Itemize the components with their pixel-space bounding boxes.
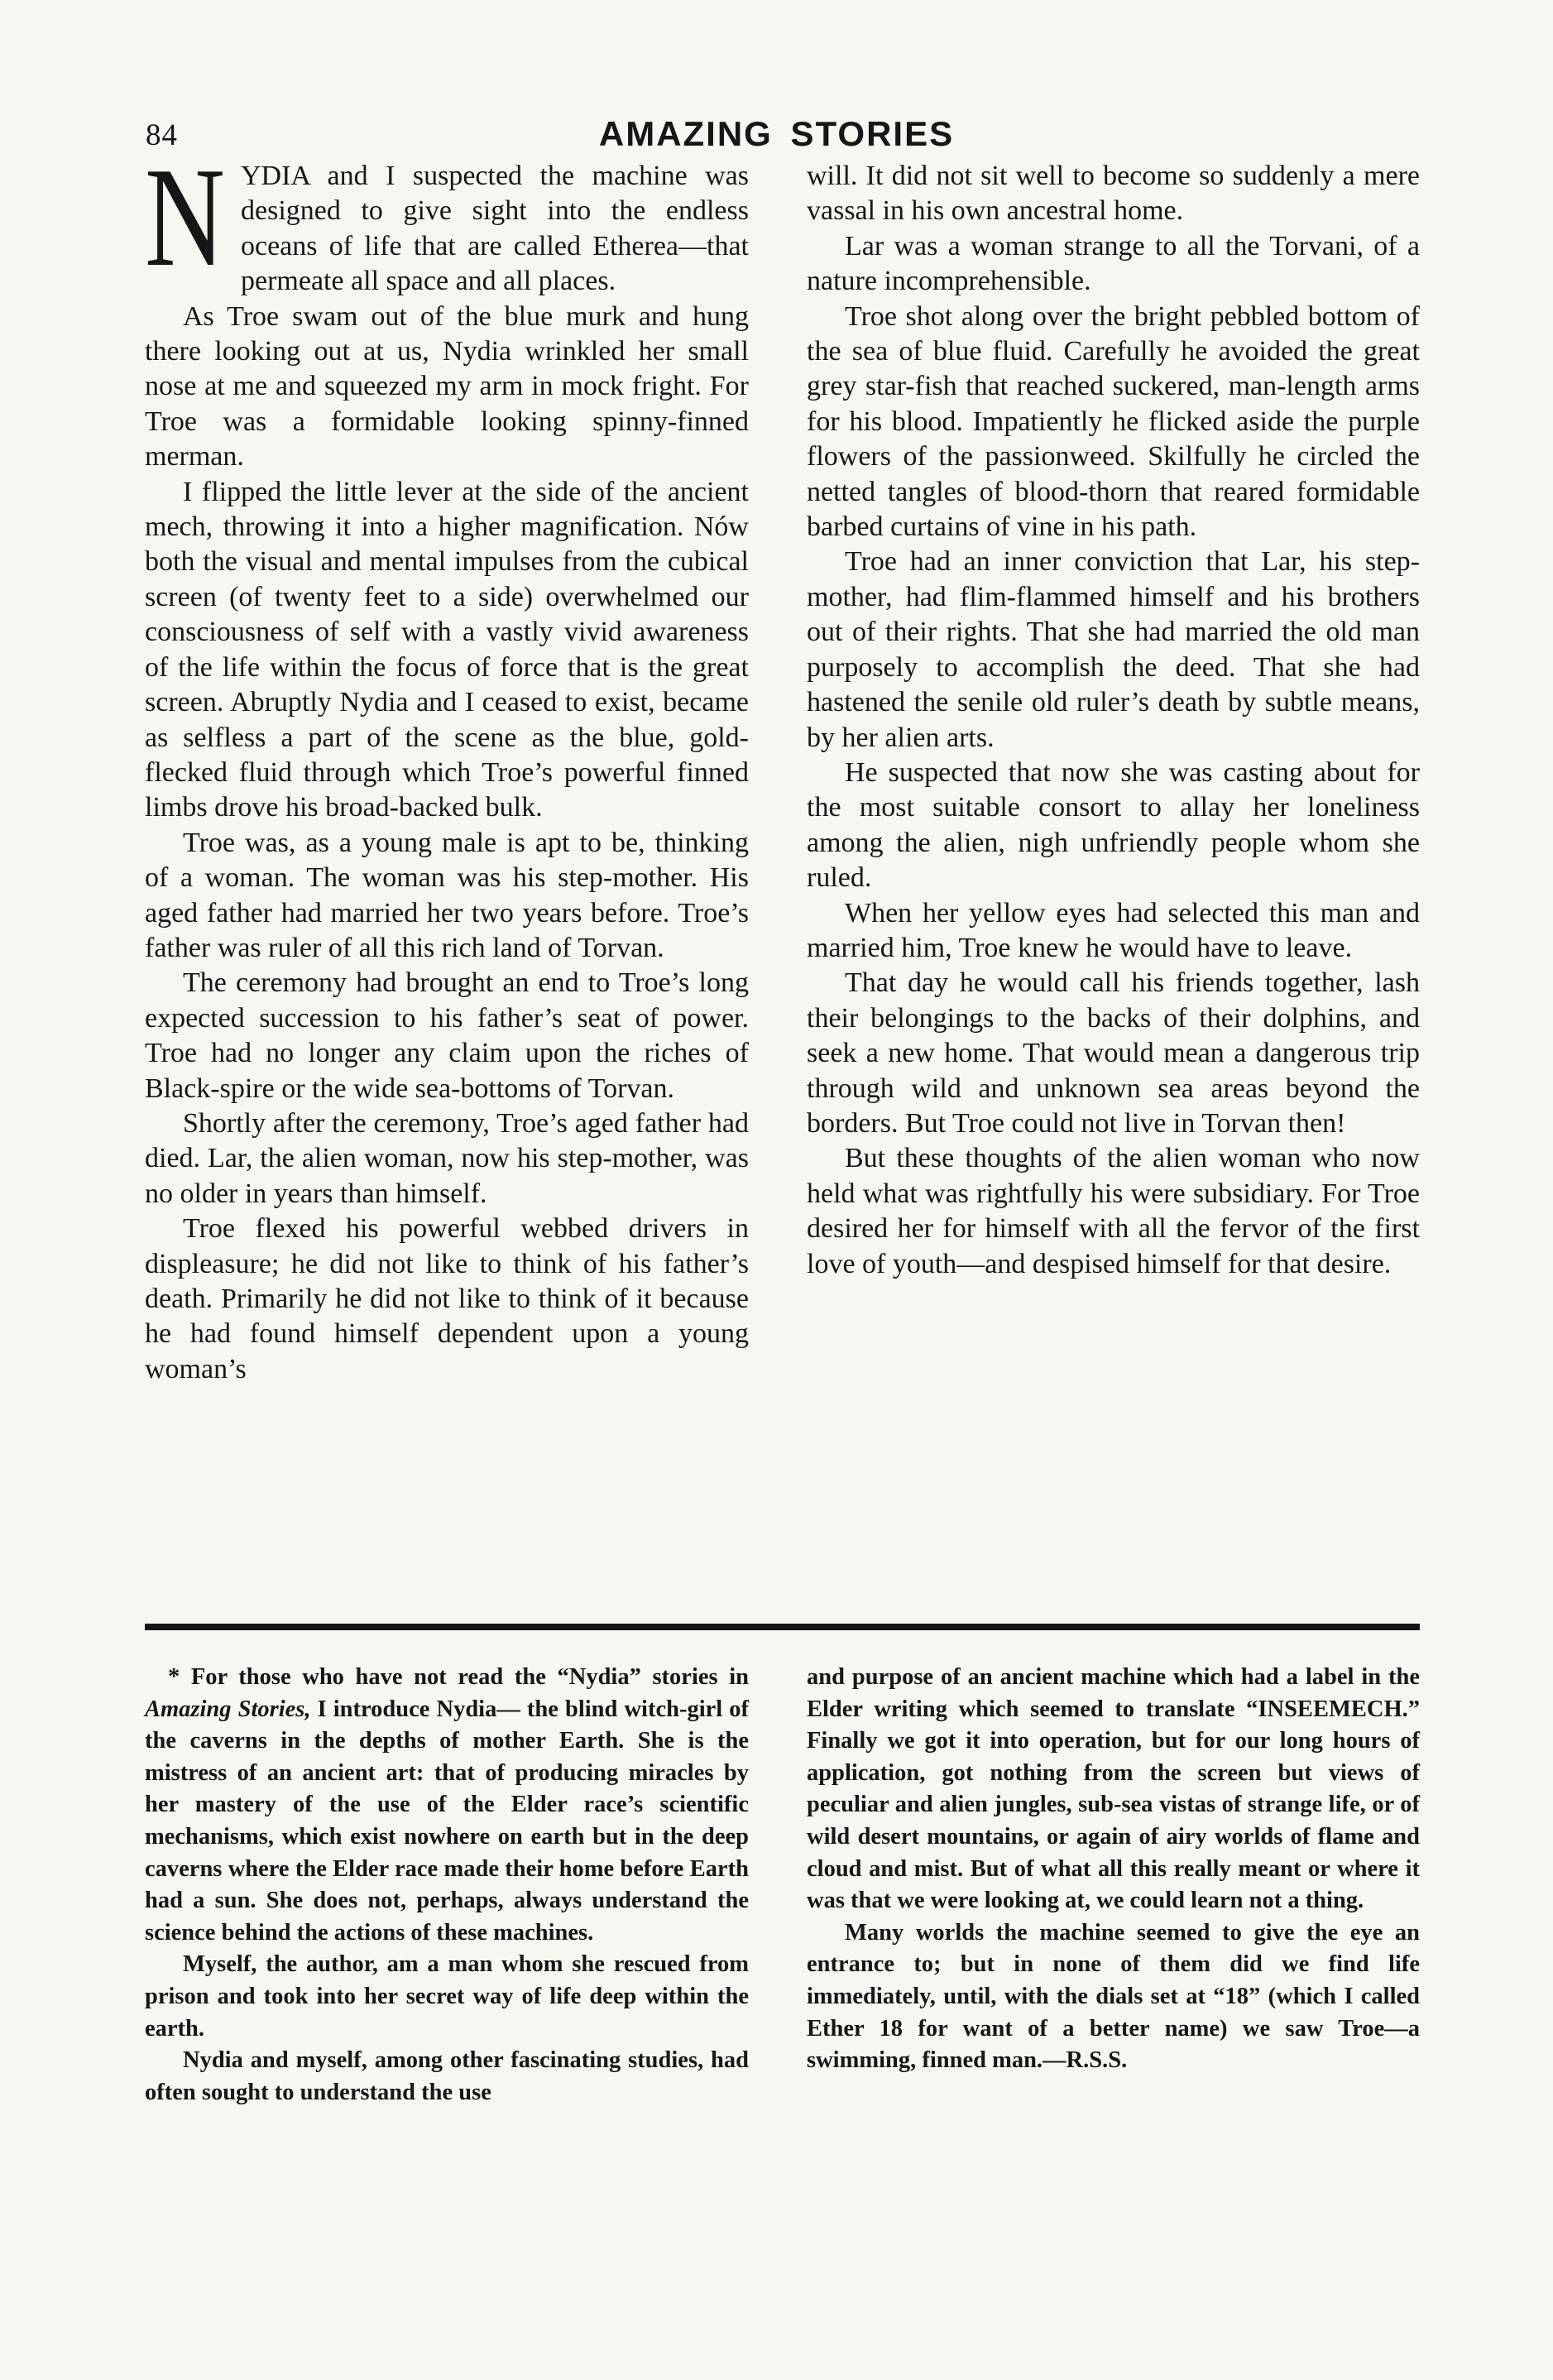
paragraph: Myself, the author, am a man whom she re… — [145, 1949, 749, 2045]
story-left-column: NYDIA and I suspected the machine was de… — [145, 159, 749, 1387]
story-right-column: will. It did not sit well to become so s… — [807, 159, 1420, 1387]
story-body: NYDIA and I suspected the machine was de… — [145, 159, 1420, 1387]
opening-paragraph-text: YDIA and I suspected the machine was des… — [241, 161, 749, 296]
footnote-left-paragraphs: Myself, the author, am a man whom she re… — [145, 1949, 749, 2109]
left-column-paragraphs: As Troe swam out of the blue murk and hu… — [145, 300, 749, 1388]
paragraph: Lar was a woman strange to all the Torva… — [807, 229, 1420, 300]
opening-paragraph: NYDIA and I suspected the machine was de… — [145, 159, 749, 300]
footnote-opening-paragraph: * For those who have not read the “Nydia… — [145, 1662, 749, 1949]
paragraph: The ceremony had brought an end to Troe’… — [145, 966, 749, 1106]
paragraph: Troe was, as a young male is apt to be, … — [145, 826, 749, 967]
paragraph: As Troe swam out of the blue murk and hu… — [145, 300, 749, 475]
magazine-page: 84 AMAZING STORIES NYDIA and I suspected… — [0, 0, 1553, 2380]
paragraph: I flipped the little lever at the side o… — [145, 475, 749, 826]
magazine-title: AMAZING STORIES — [0, 114, 1553, 154]
section-divider-rule — [145, 1624, 1420, 1630]
paragraph: Nydia and myself, among other fascinatin… — [145, 2045, 749, 2109]
paragraph: Troe shot along over the bright pebbled … — [807, 300, 1420, 545]
paragraph: But these thoughts of the alien woman wh… — [807, 1141, 1420, 1282]
footnote-text-after-italic: I introduce Nydia— the blind witch-girl … — [145, 1696, 749, 1946]
drop-cap-letter: N — [145, 167, 211, 271]
footnote-text-before-italic: * For those who have not read the “Nydia… — [168, 1664, 749, 1690]
footnote-right-column: and purpose of an ancient machine which … — [807, 1662, 1420, 2109]
paragraph: Many worlds the machine seemed to give t… — [807, 1917, 1420, 2077]
paragraph: He suspected that now she was casting ab… — [807, 756, 1420, 896]
paragraph: When her yellow eyes had selected this m… — [807, 896, 1420, 967]
paragraph: That day he would call his friends toget… — [807, 966, 1420, 1141]
footnote-continuation-paragraph: and purpose of an ancient machine which … — [807, 1662, 1420, 1917]
magazine-name-italic: Amazing Stories, — [145, 1696, 311, 1722]
paragraph: Shortly after the ceremony, Troe’s aged … — [145, 1106, 749, 1212]
footnote-right-paragraphs: Many worlds the machine seemed to give t… — [807, 1917, 1420, 2077]
continuation-paragraph: will. It did not sit well to become so s… — [807, 159, 1420, 229]
paragraph: Troe had an inner conviction that Lar, h… — [807, 545, 1420, 755]
paragraph: Troe flexed his powerful webbed drivers … — [145, 1212, 749, 1387]
footnote-left-column: * For those who have not read the “Nydia… — [145, 1662, 749, 2109]
right-column-paragraphs: Lar was a woman strange to all the Torva… — [807, 229, 1420, 1282]
author-footnote: * For those who have not read the “Nydia… — [145, 1662, 1420, 2109]
